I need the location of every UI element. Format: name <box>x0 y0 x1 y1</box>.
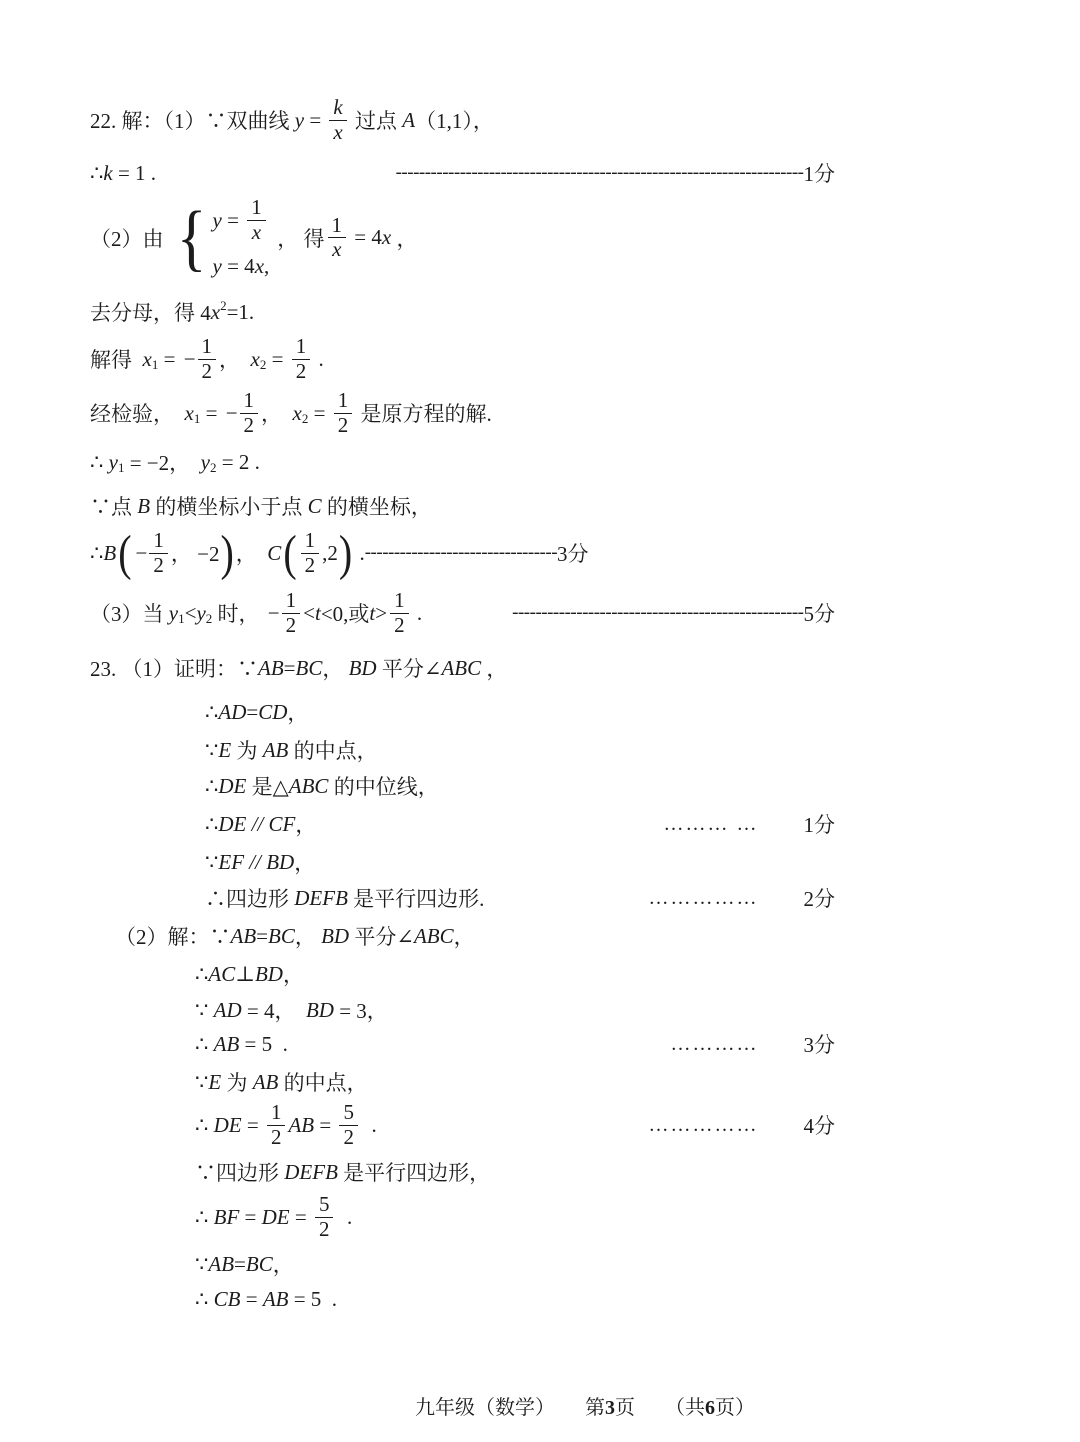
text-run: ∴ <box>195 1287 214 1312</box>
math-variable: AB <box>288 1113 314 1138</box>
text-run: ,2 <box>322 541 338 566</box>
math-variable: AB <box>231 924 257 949</box>
math-variable: B <box>137 494 150 519</box>
exam-answer-page: 22. 解：（1）∵双曲线 y = kx 过点 A（1,1），∴k = 1 .-… <box>0 0 1080 1442</box>
text-run: = 3， <box>334 995 388 1025</box>
fraction-stack: 12 <box>301 529 320 577</box>
text-run: ∴ <box>90 541 103 566</box>
text-run: （1,1）， <box>415 105 494 135</box>
doc-line: 22. 解：（1）∵双曲线 y = kx 过点 A（1,1）， <box>90 96 835 144</box>
minus-sign: − <box>184 347 196 372</box>
fraction-denominator: 2 <box>301 554 320 578</box>
math-variable: x <box>185 401 194 426</box>
text-run: = <box>158 347 180 372</box>
text-run: ∴ <box>195 1032 214 1057</box>
paren-content: −12， −2 <box>132 529 221 577</box>
text-run: ， <box>273 1249 294 1279</box>
text-run: . <box>412 601 423 626</box>
doc-line: ∴DE // CF，……… …1分 <box>205 809 835 839</box>
parenthesized-group: (12,2) <box>283 529 352 577</box>
doc-line: 解得 x1 = −12， x2 = 12 . <box>90 335 835 383</box>
page-footer: 九年级（数学） 第3页 （共6页） <box>90 1391 1080 1420</box>
text-run: ∴ <box>205 774 218 799</box>
math-variable: E <box>208 1070 221 1095</box>
text-run: ∴ <box>90 450 109 475</box>
text-run: = <box>239 1205 261 1230</box>
math-variable: EF // BD <box>218 850 294 875</box>
text-run: 平分∠ <box>349 921 414 951</box>
math-variable: BD <box>255 962 283 987</box>
math-variable: BD <box>349 656 377 681</box>
fraction: −12 <box>136 529 168 577</box>
fraction-denominator: 2 <box>334 414 353 438</box>
text-run: 为 <box>221 1067 253 1097</box>
text-run: . <box>361 1113 377 1138</box>
text-run: = 5 . <box>239 1032 288 1057</box>
text-run: = −2， <box>124 447 200 477</box>
subscript: 1 <box>178 611 185 627</box>
text-run: ， <box>287 697 308 727</box>
text-run: = <box>314 1113 336 1138</box>
math-variable: CD <box>258 700 287 725</box>
math-variable: AD <box>214 998 242 1023</box>
text-run: ， <box>481 653 507 683</box>
fraction-numerator: 5 <box>315 1193 334 1218</box>
math-variable: BC <box>268 924 295 949</box>
text-run: 过点 <box>350 105 403 135</box>
footer-total-pages: （共6页） <box>665 1391 755 1420</box>
dashed-leader: ----------------------------------------… <box>396 162 804 184</box>
doc-line: ∵四边形 DEFB 是平行四边形， <box>195 1157 835 1187</box>
text-run: =1. <box>227 300 255 325</box>
equation-row: y = 1x <box>213 196 269 244</box>
math-variable: y <box>213 208 222 233</box>
doc-line: ∴DE 是△ABC 的中位线， <box>205 771 835 801</box>
math-variable: BF <box>214 1205 240 1230</box>
doc-line: 23. （1）证明：∵AB=BC， BD 平分∠ABC ， <box>90 653 835 683</box>
fraction-numerator: 1 <box>292 335 311 360</box>
fraction-stack: 12 <box>390 589 409 637</box>
answer-sheet: 22. 解：（1）∵双曲线 y = kx 过点 A（1,1），∴k = 1 .-… <box>90 96 835 1314</box>
math-variable: DEFB <box>284 1160 338 1185</box>
text-run: , <box>264 254 269 279</box>
doc-line: ∴ BF = DE = 52 . <box>195 1193 835 1241</box>
fraction-denominator: 2 <box>292 360 311 384</box>
text-run: ∵ <box>195 1252 208 1277</box>
math-variable: AB <box>263 738 289 763</box>
math-variable: A <box>402 108 415 133</box>
math-variable: BD <box>306 998 334 1023</box>
fraction-denominator: 2 <box>282 614 301 638</box>
fraction-numerator: 1 <box>334 389 353 414</box>
math-variable: B <box>103 541 116 566</box>
math-variable: y <box>213 254 222 279</box>
subscript: 1 <box>194 411 201 427</box>
doc-line: ∵ AD = 4， BD = 3， <box>195 995 835 1025</box>
doc-line: ∵E 为 AB 的中点， <box>205 735 835 765</box>
text-run: = <box>246 700 258 725</box>
text-run: 去分母，得 4 <box>90 297 211 327</box>
text-run: = <box>256 924 268 949</box>
text-run: 22. 解：（1）∵双曲线 <box>90 105 295 135</box>
fraction: −12 <box>268 589 300 637</box>
math-variable: DE <box>262 1205 290 1230</box>
math-variable: ABC <box>289 774 329 799</box>
dashed-leader: ----------------------------------------… <box>512 602 803 624</box>
text-run: 为 <box>231 735 263 765</box>
left-paren: ( <box>118 528 131 578</box>
text-run: > <box>375 601 387 626</box>
fraction-denominator: 2 <box>198 360 217 384</box>
math-variable: BC <box>246 1252 273 1277</box>
text-run: ∴ <box>205 700 218 725</box>
footer-page-indicator: 第3页 <box>585 1391 635 1420</box>
score-label: 2分 <box>804 883 836 913</box>
score-label: 1分 <box>804 158 836 188</box>
doc-line: ∴ CB = AB = 5 . <box>195 1285 835 1314</box>
subscript: 2 <box>302 411 309 427</box>
equation-system: {y = 1xy = 4x, <box>177 196 270 279</box>
math-variable: E <box>218 738 231 763</box>
doc-line: ∴ DE = 12AB = 52 .……………4分 <box>195 1101 835 1149</box>
text-run: < <box>185 601 197 626</box>
text-run: = <box>290 1205 312 1230</box>
fraction-stack: kx <box>329 96 346 144</box>
text-run: 的横坐标， <box>322 491 432 521</box>
superscript: 2 <box>220 298 227 314</box>
math-variable: C <box>267 541 281 566</box>
text-run: = 4， <box>242 995 306 1025</box>
math-variable: k <box>103 161 112 186</box>
fraction-denominator: 2 <box>339 1126 358 1150</box>
math-variable: AB <box>253 1070 279 1095</box>
fraction: 12 <box>390 589 409 637</box>
math-variable: BC <box>296 656 323 681</box>
math-variable: AB <box>263 1287 289 1312</box>
subscript: 1 <box>118 460 125 476</box>
math-variable: AB <box>258 656 284 681</box>
fraction-stack: 1x <box>247 196 266 244</box>
fraction: kx <box>329 96 346 144</box>
math-variable: y <box>109 450 118 475</box>
text-run: （2）解：∵ <box>115 921 231 951</box>
text-run: 是平行四边形. <box>348 883 485 913</box>
dashed-leader: --------------------------------- <box>365 542 557 564</box>
score-label: 3分 <box>557 538 589 568</box>
math-variable: x <box>382 225 391 250</box>
text-run: ∵ <box>195 1070 208 1095</box>
text-run: 是原方程的解. <box>355 398 492 428</box>
math-variable: DE <box>218 774 246 799</box>
math-variable: AB <box>214 1032 240 1057</box>
fraction-numerator: 1 <box>198 335 217 360</box>
math-variable: DE // CF <box>218 812 295 837</box>
math-variable: y <box>201 450 210 475</box>
math-variable: DE <box>214 1113 242 1138</box>
equation-rows: y = 1xy = 4x, <box>213 196 270 279</box>
text-run: ∴ <box>205 812 218 837</box>
doc-line: ∴AD=CD， <box>205 697 835 727</box>
math-variable: x <box>211 300 220 325</box>
text-run: . <box>354 541 365 566</box>
doc-line: ∴B(−12， −2)， C(12,2) .------------------… <box>90 529 835 577</box>
fraction-stack: 52 <box>339 1101 358 1149</box>
fraction-numerator: 1 <box>247 196 266 221</box>
text-run: ， <box>391 223 417 253</box>
text-run: . <box>336 1205 352 1230</box>
minus-sign: − <box>268 601 280 626</box>
subscript: 2 <box>260 357 267 373</box>
text-run: ， <box>294 847 315 877</box>
score-label: 3分 <box>804 1029 836 1059</box>
text-run: ， <box>322 653 348 683</box>
fraction-stack: 12 <box>334 389 353 437</box>
fraction-stack: 12 <box>240 389 259 437</box>
text-run: ∵ <box>205 738 218 763</box>
footer-total-number: 6 <box>705 1397 715 1419</box>
doc-line: 去分母，得 4x2=1. <box>90 297 835 327</box>
math-variable: AB <box>208 1252 234 1277</box>
paren-content: 12,2 <box>297 529 339 577</box>
fraction-stack: 12 <box>282 589 301 637</box>
fraction: −12 <box>226 389 258 437</box>
fraction: 1x <box>247 196 266 244</box>
fraction-stack: 52 <box>315 1193 334 1241</box>
fraction-stack: 12 <box>267 1101 286 1149</box>
dotted-leader: ……… … <box>664 813 759 836</box>
score-label: 1分 <box>804 809 836 839</box>
doc-line: ∴ y1 = −2， y2 = 2 . <box>90 447 835 477</box>
math-variable: x <box>293 401 302 426</box>
text-run: 的中点， <box>278 1067 367 1097</box>
math-variable: x <box>143 347 152 372</box>
math-variable: x <box>255 254 264 279</box>
fraction-denominator: 2 <box>390 614 409 638</box>
fraction-numerator: 1 <box>301 529 320 554</box>
fraction: −12 <box>184 335 216 383</box>
text-run: = <box>200 401 222 426</box>
fraction: 12 <box>301 529 320 577</box>
parenthesized-group: (−12， −2) <box>118 529 234 577</box>
doc-line: ∵EF // BD， <box>205 847 835 877</box>
text-run: ， <box>236 538 268 568</box>
text-run: （2）由 <box>90 223 169 253</box>
text-run: = 4 <box>222 254 255 279</box>
footer-total-suffix: 页） <box>715 1397 755 1419</box>
text-run: ∴ <box>195 962 208 987</box>
equation-row: y = 4x, <box>213 254 270 279</box>
subscript: 2 <box>210 460 217 476</box>
doc-line: ∴AC⊥BD， <box>195 959 835 989</box>
text-run: 23. （1）证明：∵ <box>90 653 258 683</box>
math-variable: y <box>295 108 304 133</box>
text-run: ， <box>295 921 321 951</box>
doc-line: ∴k = 1 .--------------------------------… <box>90 158 835 188</box>
footer-grade-subject: 九年级（数学） <box>415 1391 555 1420</box>
text-run: ， 得 <box>277 223 324 253</box>
math-variable: CB <box>214 1287 241 1312</box>
text-run: ， <box>295 809 316 839</box>
fraction: 12 <box>334 389 353 437</box>
text-run: ∵ <box>195 998 214 1023</box>
text-run: = 1 . <box>113 161 156 186</box>
doc-line: ∴四边形 DEFB 是平行四边形.……………2分 <box>205 883 835 913</box>
math-variable: y <box>169 601 178 626</box>
text-run: = <box>234 1252 246 1277</box>
doc-line: ∴ AB = 5 .…………3分 <box>195 1029 835 1059</box>
fraction-numerator: 1 <box>282 589 301 614</box>
fraction-denominator: 2 <box>267 1126 286 1150</box>
fraction-numerator: 1 <box>267 1101 286 1126</box>
text-run: （3）当 <box>90 598 169 628</box>
doc-line: （3）当 y1<y2 时， −12<t<0,或t>12 .-----------… <box>90 589 835 637</box>
score-label: 5分 <box>804 598 836 628</box>
text-run: = 2 . <box>217 450 260 475</box>
text-run: = <box>266 347 288 372</box>
right-paren: ) <box>339 528 352 578</box>
text-run: 的中点， <box>288 735 377 765</box>
fraction-numerator: 1 <box>240 389 259 414</box>
doc-line: （2）解：∵AB=BC， BD 平分∠ABC， <box>115 921 835 951</box>
doc-line: ∵点 B 的横坐标小于点 C 的横坐标， <box>90 491 835 521</box>
fraction-numerator: 1 <box>390 589 409 614</box>
math-variable: ABC <box>414 924 454 949</box>
right-paren: ) <box>220 528 233 578</box>
doc-line: ∵E 为 AB 的中点， <box>195 1067 835 1097</box>
dotted-leader: …………… <box>649 887 759 910</box>
fraction-denominator: x <box>328 238 345 262</box>
text-run: < <box>303 601 315 626</box>
text-run: ， <box>261 398 293 428</box>
fraction: 12 <box>267 1101 286 1149</box>
text-run: ∴ <box>195 1113 214 1138</box>
fraction-denominator: 2 <box>315 1218 334 1242</box>
math-variable: x <box>251 347 260 372</box>
text-run: = <box>242 1113 264 1138</box>
text-run: ∵点 <box>90 491 137 521</box>
footer-page-prefix: 第 <box>585 1397 605 1419</box>
text-run: = <box>304 108 326 133</box>
dotted-leader: …………… <box>649 1114 759 1137</box>
text-run: 平分∠ <box>377 653 442 683</box>
fraction-denominator: 2 <box>149 554 168 578</box>
math-variable: BD <box>321 924 349 949</box>
fraction-numerator: k <box>329 96 346 121</box>
math-variable: y <box>196 601 205 626</box>
math-variable: AC <box>208 962 235 987</box>
fraction-stack: 1x <box>328 214 347 262</box>
fraction: 1x <box>328 214 347 262</box>
text-run: = <box>222 208 244 233</box>
text-run: <0,或 <box>321 598 370 628</box>
math-variable: ABC <box>441 656 481 681</box>
text-run: ⊥ <box>235 962 255 987</box>
fraction-denominator: x <box>329 121 346 145</box>
fraction-stack: 12 <box>292 335 311 383</box>
fraction: 52 <box>315 1193 334 1241</box>
text-run: ， −2 <box>171 538 220 568</box>
doc-line: 经检验， x1 = −12， x2 = 12 是原方程的解. <box>90 389 835 437</box>
left-brace: { <box>177 200 207 274</box>
text-run: 时， <box>212 598 265 628</box>
text-run: ， <box>283 959 304 989</box>
text-run: ∵四边形 <box>195 1157 284 1187</box>
text-run: = <box>240 1287 262 1312</box>
fraction-numerator: 1 <box>328 214 347 239</box>
text-run: ， <box>219 344 251 374</box>
fraction-denominator: 2 <box>240 414 259 438</box>
fraction: 52 <box>339 1101 358 1149</box>
text-run: ∴ <box>90 161 103 186</box>
text-run: ∴ <box>195 1205 214 1230</box>
subscript: 2 <box>206 611 213 627</box>
fraction-stack: 12 <box>149 529 168 577</box>
text-run: ∴四边形 <box>205 883 294 913</box>
text-run: 是平行四边形， <box>338 1157 490 1187</box>
dotted-leader: ………… <box>671 1033 759 1056</box>
left-paren: ( <box>283 528 296 578</box>
text-run: = <box>308 401 330 426</box>
text-run: 解得 <box>90 344 143 374</box>
footer-page-number: 3 <box>605 1397 615 1419</box>
text-run: = <box>284 656 296 681</box>
math-variable: C <box>308 494 322 519</box>
fraction: 12 <box>292 335 311 383</box>
math-variable: DEFB <box>294 886 348 911</box>
footer-page-suffix: 页 <box>615 1397 635 1419</box>
fraction-stack: 12 <box>198 335 217 383</box>
text-run: 经检验， <box>90 398 185 428</box>
math-variable: AD <box>218 700 246 725</box>
text-run: ， <box>454 921 475 951</box>
doc-line: ∵AB=BC， <box>195 1249 835 1279</box>
text-run: 的横坐标小于点 <box>150 491 308 521</box>
text-run: . <box>313 347 324 372</box>
text-run: 是△ <box>246 771 288 801</box>
fraction-numerator: 5 <box>339 1101 358 1126</box>
fraction-numerator: 1 <box>149 529 168 554</box>
text-run: 的中位线， <box>328 771 438 801</box>
minus-sign: − <box>136 541 148 566</box>
text-run: ∵ <box>205 850 218 875</box>
text-run: = 4 <box>349 225 382 250</box>
fraction-denominator: x <box>248 221 265 245</box>
minus-sign: − <box>226 401 238 426</box>
score-label: 4分 <box>804 1110 836 1140</box>
text-run: = 5 . <box>288 1287 337 1312</box>
subscript: 1 <box>152 357 159 373</box>
footer-total-prefix: （共 <box>665 1397 705 1419</box>
doc-line: （2）由 {y = 1xy = 4x,， 得1x = 4x ， <box>90 196 835 279</box>
